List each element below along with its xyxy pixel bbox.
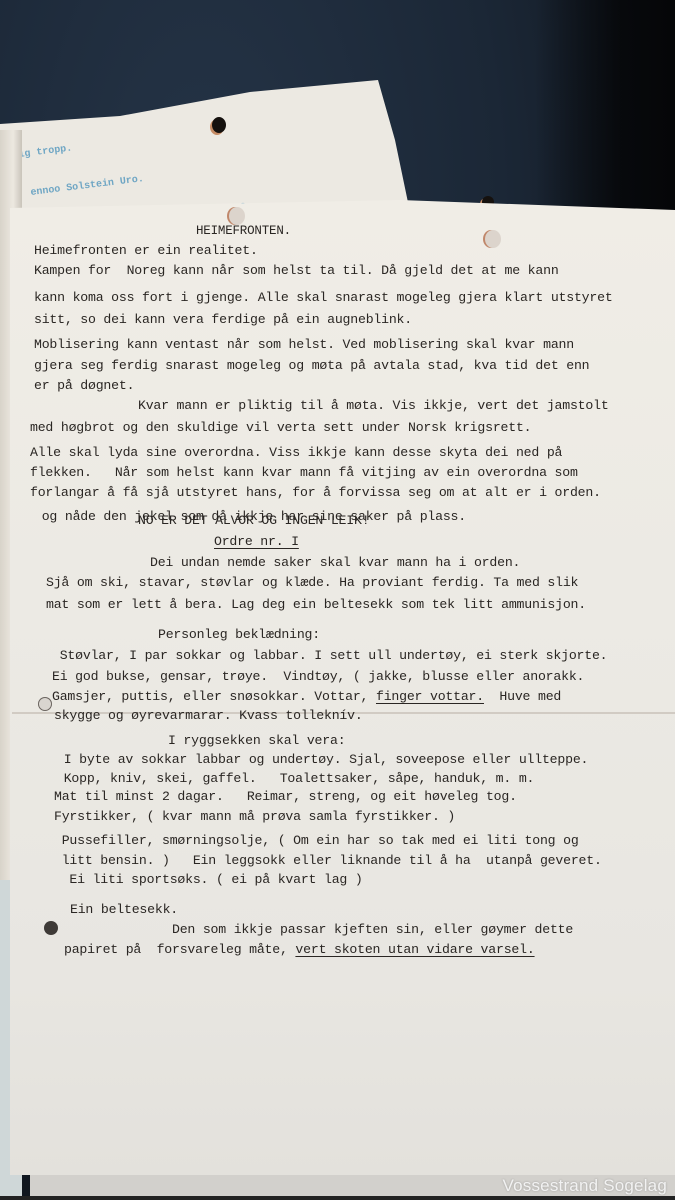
text-line: Sjå om ski, stavar, støvlar og klæde. Ha…	[46, 575, 578, 591]
text-line: Pussefiller, smørningsolje, ( Om ein har…	[54, 833, 579, 849]
text-segment: Huve med	[484, 689, 561, 704]
text-line: Kvar mann er pliktig til å møta. Vis ikk…	[30, 398, 609, 414]
section-heading-clothing: Personleg beklædning:	[158, 627, 320, 643]
section-heading-backpack: I ryggsekken skal vera:	[168, 733, 345, 749]
punch-hole	[485, 230, 501, 248]
text-segment: papiret på forsvareleg måte,	[64, 942, 295, 957]
text-line: mat som er lett å bera. Lag deg ein belt…	[46, 597, 586, 613]
carbon-text: ennoo Solstein Uro.	[30, 174, 145, 199]
underlined-text: finger vottar.	[376, 689, 484, 704]
text-line: Ei god bukse, gensar, trøye. Vindtøy, ( …	[52, 669, 584, 685]
carbon-text: ig tropp.	[18, 143, 73, 161]
text-line: litt bensin. ) Ein leggsokk eller liknan…	[54, 853, 602, 869]
document-title: HEIMEFRONTEN.	[196, 223, 291, 239]
text-line: skygge og øyrevarmarar. Kvass tolleknív.	[54, 708, 363, 724]
punch-hole	[212, 117, 226, 133]
text-line: kann koma oss fort i gjenge. Alle skal s…	[34, 290, 613, 306]
text-line: I byte av sokkar labbar og undertøy. Sja…	[56, 752, 588, 768]
text-line: Gamsjer, puttis, eller snøsokkar. Vottar…	[52, 689, 561, 705]
text-line: Fyrstikker, ( kvar mann må prøva samla f…	[54, 809, 455, 825]
punch-hole	[38, 697, 52, 711]
text-line: Moblisering kann ventast når som helst. …	[34, 337, 574, 353]
text-line: Heimefronten er ein realitet.	[34, 243, 258, 259]
bottom-edge	[0, 1196, 675, 1200]
text-line: forlangar å få sjå utstyret hans, for å …	[30, 485, 601, 501]
text-line: gjera seg ferdig snarast mogeleg og møta…	[34, 358, 589, 374]
text-line: Alle skal lyda sine overordna. Viss ikkj…	[30, 445, 562, 461]
text-line: Den som ikkje passar kjeften sin, eller …	[64, 922, 573, 938]
text-line: Dei undan nemde saker skal kvar mann ha …	[42, 555, 520, 571]
text-line: Kampen for Noreg kann når som helst ta t…	[34, 263, 559, 279]
punch-hole	[44, 921, 58, 935]
text-line: flekken. Når som helst kann kvar mann få…	[30, 465, 578, 481]
text-line: med høgbrot og den skuldige vil verta se…	[30, 420, 531, 436]
text-line: papiret på forsvareleg måte, vert skoten…	[64, 942, 535, 958]
text-line: Kopp, kniv, skei, gaffel. Toalettsaker, …	[56, 771, 534, 787]
text-line: Ein beltesekk.	[70, 902, 178, 918]
text-line: er på døgnet.	[34, 378, 134, 394]
text-line: Mat til minst 2 dagar. Reimar, streng, o…	[54, 789, 517, 805]
text-line: Støvlar, I par sokkar og labbar. I sett …	[52, 648, 607, 664]
underlined-warning: vert skoten utan vidare varsel.	[295, 942, 534, 957]
text-line: Ei liti sportsøks. ( ei på kvart lag )	[54, 872, 363, 888]
watermark: Vossestrand Sogelag	[503, 1176, 667, 1196]
text-segment: Gamsjer, puttis, eller snøsokkar. Vottar…	[52, 689, 376, 704]
order-heading: Ordre nr. I	[214, 534, 299, 550]
emphasis-line: NO ER DET ALVOR OG INGEN LEIK!	[138, 513, 369, 529]
text-line: sitt, so dei kann vera ferdige på ein au…	[34, 312, 412, 328]
